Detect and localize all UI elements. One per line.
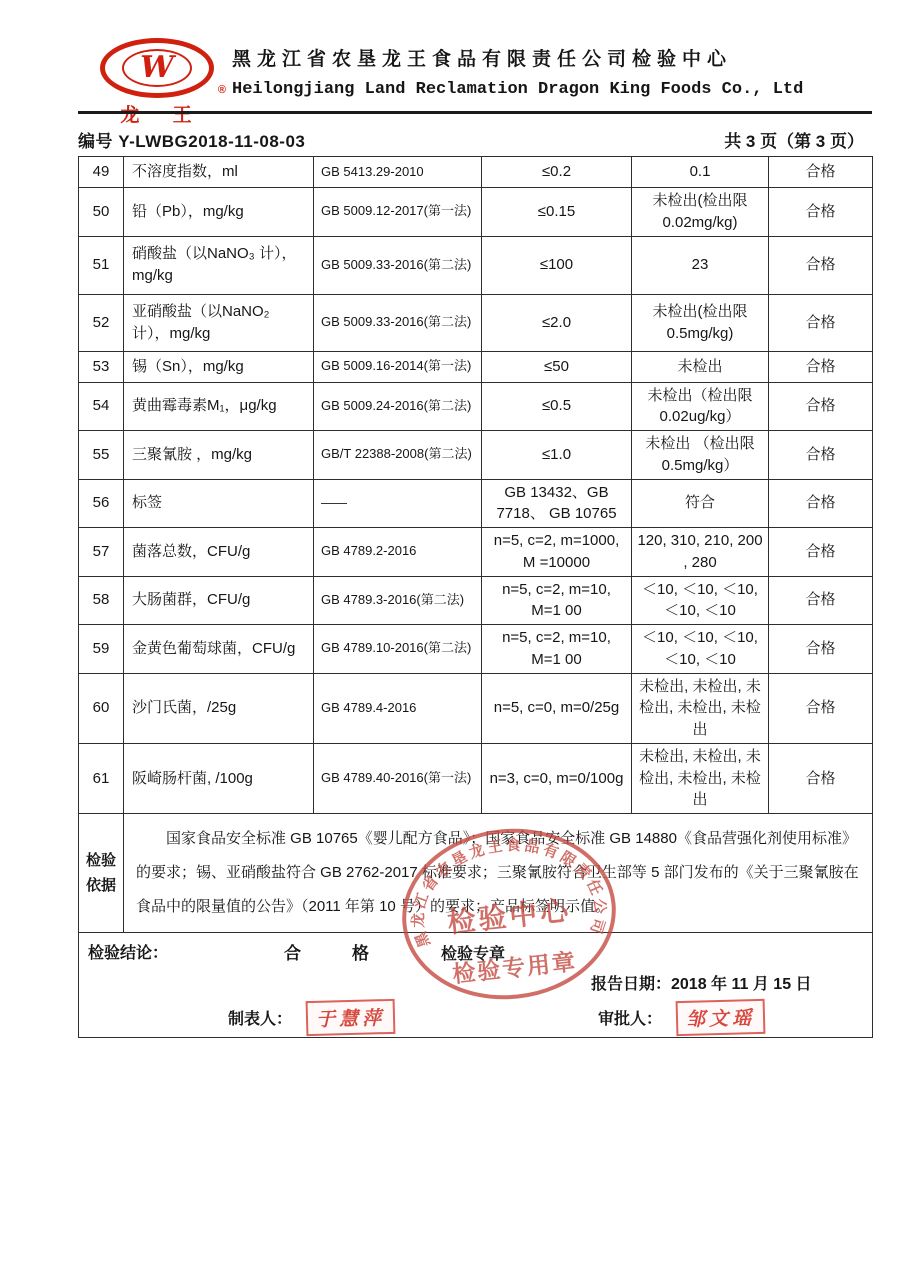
table-row: 52 亚硝酸盐（以NaNO₂ 计），mg/kg GB 5009.33-2016(… bbox=[79, 294, 873, 351]
test-method: GB 5009.16-2014(第一法) bbox=[314, 351, 482, 382]
test-method: GB/T 22388-2008(第二法) bbox=[314, 431, 482, 480]
row-no: 58 bbox=[79, 576, 124, 625]
row-no: 60 bbox=[79, 673, 124, 743]
table-row: 55 三聚氰胺 ，mg/kg GB/T 22388-2008(第二法) ≤1.0… bbox=[79, 431, 873, 480]
item-conclusion: 合格 bbox=[769, 431, 873, 480]
preparer-label: 制表人： bbox=[228, 1006, 292, 1029]
item-name: 菌落总数，CFU/g bbox=[124, 528, 314, 577]
item-conclusion: 合格 bbox=[769, 351, 873, 382]
header-divider bbox=[78, 111, 872, 114]
row-no: 61 bbox=[79, 743, 124, 813]
signature-footer: 制表人： 于慧萍 审批人： 邹文瑶 bbox=[0, 996, 910, 1042]
item-conclusion: 合格 bbox=[769, 673, 873, 743]
logo-oval-ring: W bbox=[100, 38, 214, 98]
item-conclusion: 合格 bbox=[769, 382, 873, 431]
item-name: 大肠菌群，CFU/g bbox=[124, 576, 314, 625]
conclusion-value: 合 格 bbox=[284, 942, 369, 967]
test-method: GB 5009.12-2017(第一法) bbox=[314, 188, 482, 237]
row-no: 50 bbox=[79, 188, 124, 237]
test-result: 23 bbox=[632, 236, 769, 294]
row-no: 55 bbox=[79, 431, 124, 480]
row-no: 59 bbox=[79, 625, 124, 674]
test-result: 0.1 bbox=[632, 157, 769, 188]
row-no: 57 bbox=[79, 528, 124, 577]
test-result: 120, 310, 210, 200 , 280 bbox=[632, 528, 769, 577]
results-table: 49 不溶度指数，ml GB 5413.29-2010 ≤0.2 0.1 合格 … bbox=[78, 156, 873, 1038]
standard-requirement: ≤50 bbox=[482, 351, 632, 382]
test-method: GB 5009.33-2016(第二法) bbox=[314, 236, 482, 294]
standard-requirement: ≤0.15 bbox=[482, 188, 632, 237]
results-table-wrap: 49 不溶度指数，ml GB 5413.29-2010 ≤0.2 0.1 合格 … bbox=[78, 156, 872, 1038]
row-no: 54 bbox=[79, 382, 124, 431]
item-name: 铅（Pb），mg/kg bbox=[124, 188, 314, 237]
test-result: 未检出 bbox=[632, 351, 769, 382]
item-name: 标签 bbox=[124, 479, 314, 528]
item-name: 亚硝酸盐（以NaNO₂ 计），mg/kg bbox=[124, 294, 314, 351]
table-row: 60 沙门氏菌，/25g GB 4789.4-2016 n=5, c=0, m=… bbox=[79, 673, 873, 743]
item-name: 金黄色葡萄球菌，CFU/g bbox=[124, 625, 314, 674]
row-no: 56 bbox=[79, 479, 124, 528]
standard-requirement: n=5, c=2, m=1000, M =10000 bbox=[482, 528, 632, 577]
test-method: GB 5413.29-2010 bbox=[314, 157, 482, 188]
test-method: GB 4789.10-2016(第二法) bbox=[314, 625, 482, 674]
table-row: 61 阪崎肠杆菌, /100g GB 4789.40-2016(第一法) n=3… bbox=[79, 743, 873, 813]
table-row: 53 锡（Sn），mg/kg GB 5009.16-2014(第一法) ≤50 … bbox=[79, 351, 873, 382]
registered-trademark-icon: ® bbox=[218, 84, 226, 96]
test-result: ＜10, ＜10, ＜10, ＜10, ＜10 bbox=[632, 625, 769, 674]
table-row: 57 菌落总数，CFU/g GB 4789.2-2016 n=5, c=2, m… bbox=[79, 528, 873, 577]
test-method: GB 5009.33-2016(第二法) bbox=[314, 294, 482, 351]
item-name: 三聚氰胺 ，mg/kg bbox=[124, 431, 314, 480]
table-row: 49 不溶度指数，ml GB 5413.29-2010 ≤0.2 0.1 合格 bbox=[79, 157, 873, 188]
item-conclusion: 合格 bbox=[769, 576, 873, 625]
logo-w-monogram: W bbox=[140, 53, 174, 83]
row-no: 53 bbox=[79, 351, 124, 382]
table-row: 56 标签 —— GB 13432、GB 7718、 GB 10765 符合 合… bbox=[79, 479, 873, 528]
item-conclusion: 合格 bbox=[769, 625, 873, 674]
basis-text: 国家食品安全标准 GB 10765《婴儿配方食品》；国家食品安全标准 GB 14… bbox=[124, 814, 873, 933]
logo-inner-ring: W bbox=[122, 49, 192, 87]
item-conclusion: 合格 bbox=[769, 188, 873, 237]
basis-row: 检验依据 国家食品安全标准 GB 10765《婴儿配方食品》；国家食品安全标准 … bbox=[79, 814, 873, 933]
standard-requirement: ≤0.5 bbox=[482, 382, 632, 431]
standard-requirement: ≤2.0 bbox=[482, 294, 632, 351]
item-conclusion: 合格 bbox=[769, 236, 873, 294]
test-result: ＜10, ＜10, ＜10, ＜10, ＜10 bbox=[632, 576, 769, 625]
standard-requirement: n=5, c=2, m=10, M=1 00 bbox=[482, 576, 632, 625]
basis-label: 检验依据 bbox=[79, 814, 124, 933]
item-conclusion: 合格 bbox=[769, 157, 873, 188]
preparer-group: 制表人： 于慧萍 bbox=[228, 1000, 395, 1035]
test-result: 未检出, 未检出, 未检出, 未检出, 未检出 bbox=[632, 743, 769, 813]
item-conclusion: 合格 bbox=[769, 294, 873, 351]
test-result: 符合 bbox=[632, 479, 769, 528]
inspection-report-page: W 龙 王 ® 黑龙江省农垦龙王食品有限责任公司检验中心 Heilongjian… bbox=[0, 0, 910, 1286]
table-row: 50 铅（Pb），mg/kg GB 5009.12-2017(第一法) ≤0.1… bbox=[79, 188, 873, 237]
standard-requirement: n=3, c=0, m=0/100g bbox=[482, 743, 632, 813]
report-meta-row: 编号 Y-LWBG2018-11-08-03 共 3 页（第 3 页） bbox=[78, 127, 872, 152]
report-number: 编号 Y-LWBG2018-11-08-03 bbox=[78, 127, 305, 152]
conclusion-label: 检验结论： bbox=[88, 942, 168, 965]
row-no: 51 bbox=[79, 236, 124, 294]
approver-label: 审批人： bbox=[598, 1006, 662, 1029]
preparer-name-stamp: 于慧萍 bbox=[306, 999, 396, 1036]
page-info: 共 3 页（第 3 页） bbox=[724, 127, 864, 152]
standard-requirement: ≤1.0 bbox=[482, 431, 632, 480]
seal-caption: 检验专章 bbox=[441, 943, 505, 966]
row-no: 49 bbox=[79, 157, 124, 188]
test-method: GB 5009.24-2016(第二法) bbox=[314, 382, 482, 431]
standard-requirement: ≤100 bbox=[482, 236, 632, 294]
approver-group: 审批人： 邹文瑶 bbox=[598, 1000, 765, 1035]
item-name: 不溶度指数，ml bbox=[124, 157, 314, 188]
item-name: 黄曲霉毒素M₁，μg/kg bbox=[124, 382, 314, 431]
standard-requirement: ≤0.2 bbox=[482, 157, 632, 188]
table-row: 54 黄曲霉毒素M₁，μg/kg GB 5009.24-2016(第二法) ≤0… bbox=[79, 382, 873, 431]
test-result: 未检出（检出限 0.02ug/kg） bbox=[632, 382, 769, 431]
item-name: 锡（Sn），mg/kg bbox=[124, 351, 314, 382]
test-method: —— bbox=[314, 479, 482, 528]
standard-requirement: n=5, c=2, m=10, M=1 00 bbox=[482, 625, 632, 674]
test-method: GB 4789.2-2016 bbox=[314, 528, 482, 577]
item-conclusion: 合格 bbox=[769, 743, 873, 813]
row-no: 52 bbox=[79, 294, 124, 351]
item-name: 硝酸盐（以NaNO₃ 计），mg/kg bbox=[124, 236, 314, 294]
standard-requirement: n=5, c=0, m=0/25g bbox=[482, 673, 632, 743]
test-method: GB 4789.40-2016(第一法) bbox=[314, 743, 482, 813]
item-conclusion: 合格 bbox=[769, 528, 873, 577]
item-name: 阪崎肠杆菌, /100g bbox=[124, 743, 314, 813]
test-result: 未检出(检出限 0.5mg/kg) bbox=[632, 294, 769, 351]
letterhead: 黑龙江省农垦龙王食品有限责任公司检验中心 Heilongjiang Land R… bbox=[232, 44, 892, 99]
company-name-cn: 黑龙江省农垦龙王食品有限责任公司检验中心 bbox=[232, 44, 892, 71]
report-date: 报告日期：2018 年 11 月 15 日 bbox=[591, 973, 812, 996]
table-row: 51 硝酸盐（以NaNO₃ 计），mg/kg GB 5009.33-2016(第… bbox=[79, 236, 873, 294]
company-name-en: Heilongjiang Land Reclamation Dragon Kin… bbox=[232, 80, 892, 99]
test-result: 未检出 （检出限 0.5mg/kg） bbox=[632, 431, 769, 480]
test-method: GB 4789.4-2016 bbox=[314, 673, 482, 743]
item-name: 沙门氏菌，/25g bbox=[124, 673, 314, 743]
test-result: 未检出(检出限 0.02mg/kg) bbox=[632, 188, 769, 237]
table-row: 58 大肠菌群，CFU/g GB 4789.3-2016(第二法) n=5, c… bbox=[79, 576, 873, 625]
approver-name-stamp: 邹文瑶 bbox=[676, 999, 766, 1036]
item-conclusion: 合格 bbox=[769, 479, 873, 528]
test-method: GB 4789.3-2016(第二法) bbox=[314, 576, 482, 625]
standard-requirement: GB 13432、GB 7718、 GB 10765 bbox=[482, 479, 632, 528]
table-row: 59 金黄色葡萄球菌，CFU/g GB 4789.10-2016(第二法) n=… bbox=[79, 625, 873, 674]
test-result: 未检出, 未检出, 未检出, 未检出, 未检出 bbox=[632, 673, 769, 743]
